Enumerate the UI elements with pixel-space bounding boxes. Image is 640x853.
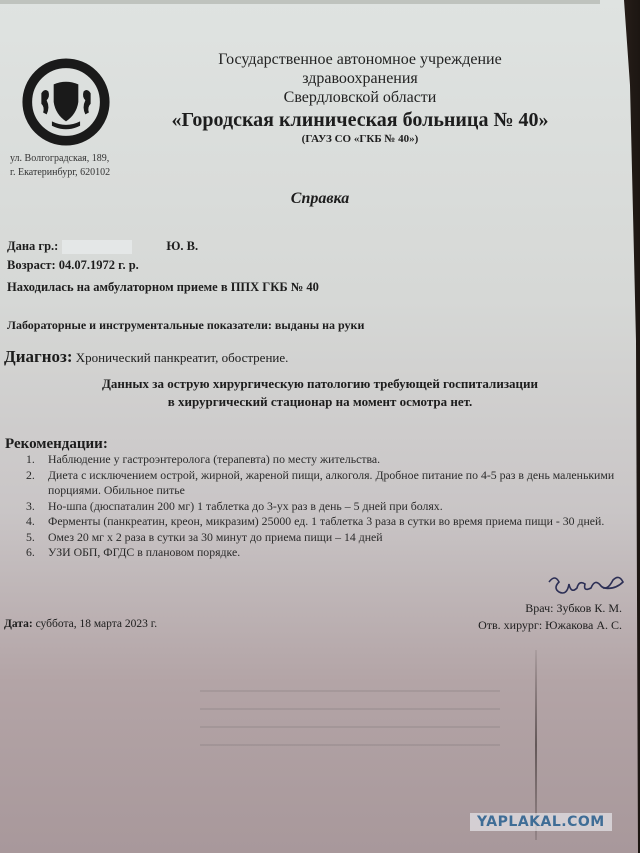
background-edge: [600, 0, 640, 853]
organization-header: Государственное автономное учреждение зд…: [150, 50, 570, 146]
document-page: ул. Волгоградская, 189, г. Екатеринбург,…: [0, 0, 640, 853]
address-street: ул. Волгоградская, 189,: [10, 152, 110, 166]
birth-date: 04.07.1972 г. р.: [59, 258, 139, 272]
address: ул. Волгоградская, 189, г. Екатеринбург,…: [10, 152, 110, 180]
date-value: суббота, 18 марта 2023 г.: [36, 618, 157, 630]
hospital-crest-icon: [22, 58, 110, 146]
diagnosis: Диагноз: Хронический панкреатит, обостре…: [4, 347, 288, 367]
list-item: 4.Ферменты (панкреатин, креон, микразим)…: [20, 514, 620, 530]
signature: [545, 568, 635, 600]
org-name: «Городская клиническая больница № 40»: [150, 108, 570, 132]
document-date: Дата: суббота, 18 марта 2023 г.: [4, 618, 157, 630]
patient-info: Дана гр.:Ю. В. Возраст: 04.07.1972 г. р.: [7, 237, 198, 275]
surgeon-name: Отв. хирург: Южакова А. С.: [478, 617, 622, 634]
address-city: г. Екатеринбург, 620102: [10, 166, 110, 180]
date-label: Дата:: [4, 618, 33, 630]
org-line-3: Свердловской области: [150, 88, 570, 107]
list-item: 1.Наблюдение у гастроэнтеролога (терапев…: [20, 452, 620, 468]
bleed-through-text: [200, 690, 500, 750]
watermark: YAPLAKAL.COM: [470, 813, 612, 831]
conclusion-line-2: в хирургический стационар на момент осмо…: [40, 393, 600, 411]
org-line-2: здравоохранения: [150, 69, 570, 88]
patient-initials: Ю. В.: [166, 239, 198, 253]
doctor-name: Врач: Зубков К. М.: [478, 600, 622, 617]
recommendations-list: 1.Наблюдение у гастроэнтеролога (терапев…: [20, 452, 620, 561]
paper-top-edge: [0, 0, 600, 4]
document-title: Справка: [0, 190, 640, 208]
org-abbr: (ГАУЗ СО «ГКБ № 40»): [150, 132, 570, 146]
patient-age-line: Возраст: 04.07.1972 г. р.: [7, 256, 198, 275]
age-label: Возраст:: [7, 258, 56, 272]
diagnosis-label: Диагноз:: [4, 347, 73, 366]
diagnosis-value: Хронический панкреатит, обострение.: [76, 350, 289, 365]
conclusion-line-1: Данных за острую хирургическую патологию…: [40, 375, 600, 393]
patient-name-line: Дана гр.:Ю. В.: [7, 237, 198, 256]
recommendations-title: Рекомендации:: [5, 436, 108, 453]
given-label: Дана гр.:: [7, 239, 58, 253]
org-line-1: Государственное автономное учреждение: [150, 50, 570, 69]
paper-crease: [535, 650, 537, 840]
visit-info: Находилась на амбулаторном приеме в ППХ …: [7, 280, 319, 295]
conclusion: Данных за острую хирургическую патологию…: [40, 375, 600, 411]
list-item: 3.Но-шпа (дюспаталин 200 мг) 1 таблетка …: [20, 499, 620, 515]
labs-info: Лабораторные и инструментальные показате…: [7, 318, 364, 333]
signatories: Врач: Зубков К. М. Отв. хирург: Южакова …: [478, 600, 622, 634]
list-item: 6.УЗИ ОБП, ФГДС в плановом порядке.: [20, 545, 620, 561]
list-item: 2.Диета с исключением острой, жирной, жа…: [20, 468, 620, 499]
redacted-surname: [62, 240, 132, 254]
list-item: 5.Омез 20 мг х 2 раза в сутки за 30 мину…: [20, 530, 620, 546]
